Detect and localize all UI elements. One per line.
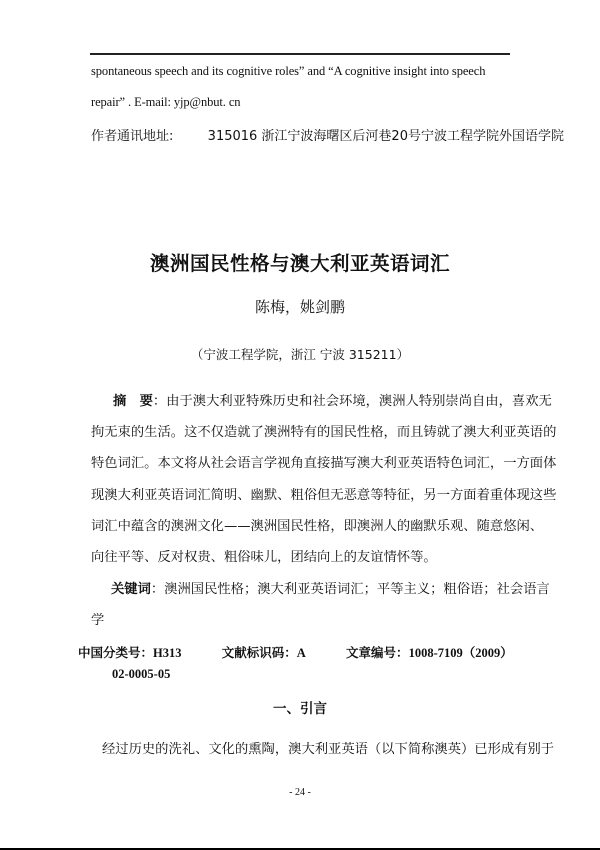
abstract-line-6: 向往平等、反对权贵、粗俗味儿，团结向上的友谊情怀等。 [91, 546, 437, 565]
abstract-label: 摘 要 [113, 394, 153, 409]
author-address-label: 作者通讯地址: [91, 129, 173, 144]
keywords-line-2: 学 [91, 609, 104, 628]
abstract-line-5: 词汇中蕴含的澳洲文化——澳洲国民性格，即澳洲人的幽默乐观、随意悠闲、 [91, 515, 543, 534]
doc-code-value: A [297, 646, 306, 660]
keywords-text: ：澳洲国民性格；澳大利亚英语词汇；平等主义；粗俗语；社会语言 [151, 582, 550, 597]
abstract-line-4: 现澳大利亚英语词汇简明、幽默、粗俗但无恶意等特征，另一方面着重体现这些 [91, 484, 556, 503]
abstract-text-1: ：由于澳大利亚特殊历史和社会环境，澳洲人特别崇尚自由，喜欢无 [153, 394, 552, 409]
article-number-label: 文章编号： [346, 645, 409, 660]
article-affiliation: （宁波工程学院，浙江 宁波 315211） [0, 345, 600, 363]
article-authors: 陈梅，姚剑鹏 [0, 296, 600, 317]
keywords-label: 关键词 [111, 582, 151, 597]
doc-code-label: 文献标识码： [222, 645, 297, 660]
abstract-line-1: 摘 要：由于澳大利亚特殊历史和社会环境，澳洲人特别崇尚自由，喜欢无 [113, 390, 552, 409]
page-number: - 24 - [0, 787, 600, 798]
section-first-line: 经过历史的洗礼、文化的熏陶，澳大利亚英语（以下简称澳英）已形成有别于 [102, 738, 554, 757]
clc-value: H313 [153, 646, 181, 660]
abstract-line-3: 特色词汇。本文将从社会语言学视角直接描写澳大利亚英语特色词汇，一方面体 [91, 452, 556, 471]
author-address: 作者通讯地址: 315016 浙江宁波海曙区后河巷20号宁波工程学院外国语学院 [91, 125, 564, 144]
footnote-separator-rule [90, 53, 510, 55]
classification-line: 中国分类号：H313 文献标识码：A 文章编号：1008-7109（2009） [78, 643, 513, 661]
author-address-value: 315016 浙江宁波海曙区后河巷20号宁波工程学院外国语学院 [208, 129, 564, 144]
article-number-continuation: 02-0005-05 [112, 667, 170, 682]
clc-label: 中国分类号： [78, 645, 153, 660]
section-heading: 一、引言 [0, 697, 600, 717]
article-title: 澳洲国民性格与澳大利亚英语词汇 [0, 248, 600, 276]
footnote-line-1: spontaneous speech and its cognitive rol… [91, 64, 485, 79]
footnote-line-2: repair” . E-mail: yjp@nbut. cn [91, 95, 240, 110]
abstract-line-2: 拘无束的生活。这不仅造就了澳洲特有的国民性格，而且铸就了澳大利亚英语的 [91, 421, 556, 440]
article-number-value: 1008-7109（2009） [409, 646, 513, 660]
keywords-line-1: 关键词：澳洲国民性格；澳大利亚英语词汇；平等主义；粗俗语；社会语言 [111, 578, 550, 597]
